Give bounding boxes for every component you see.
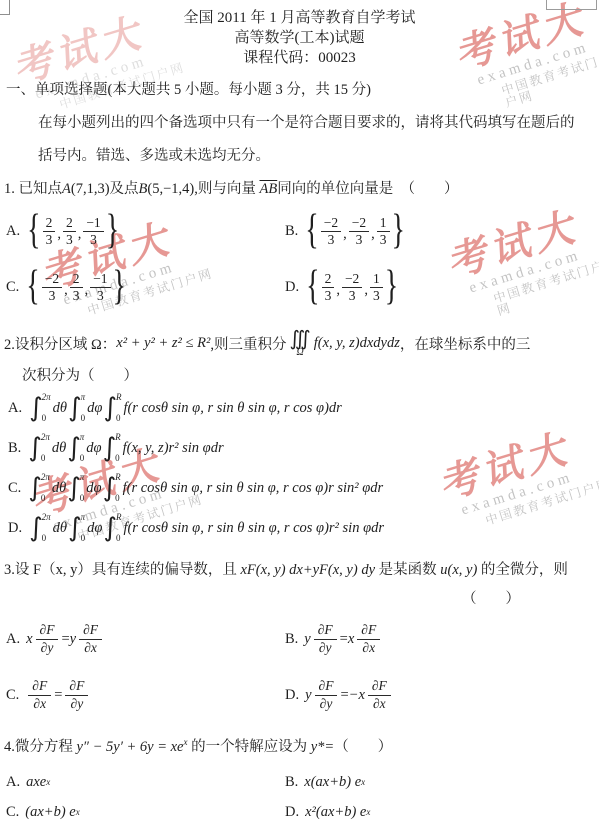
q2-option-a: A. ∫2π0 dθ ∫π0 dφ ∫R0 f(r cosθ sin φ, r …: [8, 392, 599, 424]
right-brace: }: [112, 263, 127, 311]
integral-symbol: ∫R0: [103, 473, 122, 503]
q3-option-d: D. y ∂F∂y = −x ∂F∂x: [285, 678, 599, 711]
option-label: C.: [6, 279, 19, 296]
q4-differential-equation: y″ − 5y′ + 6y = xe: [77, 739, 184, 755]
q3-text: 是某函数: [375, 562, 440, 578]
q3-options-row2: C. ∂F∂x = ∂F∂y D. y ∂F∂y = −x ∂F∂x: [6, 673, 599, 717]
integral-symbol: ∫π0: [67, 473, 85, 503]
left-brace: {: [304, 207, 319, 255]
exam-title-line2: 高等数学(工本)试题: [0, 28, 599, 48]
q1-answer-blank: （ ）: [408, 181, 459, 197]
q1-option-c-value: { −23 , 23 , −13 }: [25, 271, 127, 303]
q3-text: 3.设 F（x, y）具有连续的偏导数，且: [4, 562, 240, 578]
q1-option-d-value: { 23 , −23 , 13 }: [305, 271, 399, 303]
option-label: D.: [285, 804, 299, 821]
q4-text: 4.微分方程: [4, 739, 77, 755]
q4-option-d: D. x²(ax+b) ex: [285, 804, 599, 821]
option-label: B.: [8, 440, 21, 457]
q1-point-b-coords: (5,−1,4),: [147, 181, 197, 197]
q3-text: 的全微分，则: [477, 562, 568, 578]
option-label: B.: [285, 631, 298, 648]
q3-options-row1: A. x ∂F∂y = y ∂F∂x B. y ∂F∂y = x ∂F∂x: [6, 617, 599, 661]
q4-option-a: A. axex: [6, 774, 285, 791]
left-brace: {: [305, 263, 320, 311]
left-brace: {: [26, 207, 41, 255]
q2-option-b-integrand: f(x, y, z)r² sin φdr: [123, 440, 224, 457]
right-brace: }: [105, 207, 120, 255]
q2-option-c-integrand: f(r cosθ sin φ, r sin θ sin φ, r cos φ)r…: [123, 480, 384, 497]
section1-heading: 一、单项选择题(本大题共 5 小题。每小题 3 分，共 15 分): [6, 78, 599, 99]
option-label: B.: [285, 774, 298, 791]
q2-integrand: f(x, y, z)dxdydz: [314, 335, 400, 352]
q1-point-a: A: [62, 181, 71, 197]
q1-option-a-value: { 23 , 23 , −13 }: [26, 215, 120, 247]
option-label: A.: [6, 774, 20, 791]
exam-title-line1: 全国 2011 年 1 月高等教育自学考试: [0, 8, 599, 28]
q1-option-c: C. { −23 , 23 , −13 }: [6, 271, 285, 303]
option-label: D.: [285, 279, 299, 296]
triple-integral-symbol: ∫∫∫Ω: [289, 328, 310, 358]
integral-symbol: ∫R0: [103, 433, 122, 463]
q2-option-b: B. ∫2π0 dθ ∫π0 dφ ∫R0 f(x, y, z)r² sin φ…: [8, 432, 599, 464]
left-brace: {: [25, 263, 40, 311]
q2-text: ,则三重积分: [210, 333, 286, 354]
right-brace: }: [384, 263, 399, 311]
q1-text: 及点: [110, 181, 139, 197]
q2-option-c: C. ∫2π0 dθ ∫π0 dφ ∫R0 f(r cosθ sin φ, r …: [8, 472, 599, 504]
question2-stem: 2.设积分区域 Ω：x² + y² + z² ≤ R²,则三重积分 ∫∫∫Ω f…: [4, 326, 599, 360]
q2-stem-line2: 次积分为（ ）: [22, 364, 599, 384]
q2-option-d: D. ∫2π0 dθ ∫π0 dφ ∫R0 f(r cosθ sin φ, r …: [8, 512, 599, 544]
option-label: D.: [285, 687, 299, 704]
exam-header: 全国 2011 年 1 月高等教育自学考试 高等数学(工本)试题 课程代码：00…: [0, 8, 599, 68]
scan-artifact-top-left: [0, 0, 10, 15]
integral-symbol: ∫R0: [103, 393, 122, 423]
q1-options-row1: A. { 23 , 23 , −13 } B. { −23 , −23 , 13…: [6, 208, 599, 254]
option-label: D.: [8, 520, 22, 537]
right-brace: }: [391, 207, 406, 255]
integral-symbol: ∫R0: [103, 513, 122, 543]
q2-text: 2.设积分区域 Ω：: [4, 333, 116, 354]
integral-symbol: ∫2π0: [29, 393, 52, 423]
option-label: C.: [6, 804, 19, 821]
q2-option-a-integrand: f(r cosθ sin φ, r sin θ sin φ, r cos φ)d…: [123, 400, 341, 417]
option-label: A.: [6, 631, 20, 648]
q3-function-u: u(x, y): [440, 562, 477, 578]
scan-artifact-top-right: [546, 0, 597, 10]
q4-option-b: B. x(ax+b) ex: [285, 774, 599, 791]
exam-page: 全国 2011 年 1 月高等教育自学考试 高等数学(工本)试题 课程代码：00…: [0, 0, 599, 822]
q4-text: 的一个特解应设为: [188, 739, 311, 755]
option-label: B.: [285, 223, 298, 240]
q4-options-row1: A. axex B. x(ax+b) ex: [6, 772, 599, 792]
q4-options-row2: C. (ax+b) ex D. x²(ax+b) ex: [6, 802, 599, 822]
q1-vector-ab: AB: [259, 181, 277, 197]
q3-option-b: B. y ∂F∂y = x ∂F∂x: [285, 622, 599, 655]
q2-domain-formula: x² + y² + z² ≤ R²: [116, 335, 210, 352]
integral-symbol: ∫2π0: [29, 513, 52, 543]
q1-point-a-coords: (7,1,3): [71, 181, 110, 197]
q1-options-row2: C. { −23 , 23 , −13 } D. { 23 , −23 , 13…: [6, 264, 599, 310]
option-label: C.: [6, 687, 19, 704]
q1-option-d: D. { 23 , −23 , 13 }: [285, 271, 599, 303]
integral-symbol: ∫2π0: [28, 473, 51, 503]
section1-instruction-line2: 括号内。错选、多选或未选均无分。: [38, 144, 599, 165]
q1-option-a: A. { 23 , 23 , −13 }: [6, 215, 285, 247]
integral-symbol: ∫π0: [68, 513, 86, 543]
section1-instruction-line1: 在每小题列出的四个备选项中只有一个是符合题目要求的，请将其代码填写在题后的: [38, 111, 599, 132]
course-code: 课程代码：00023: [0, 48, 599, 68]
q1-text: 则与向量: [198, 181, 260, 197]
q4-answer-blank: （ ）: [334, 739, 392, 755]
option-label: A.: [6, 223, 20, 240]
q4-particular-solution-symbol: y*=: [311, 739, 334, 755]
q2-text: ，在球坐标系中的三: [400, 333, 531, 354]
question4-stem: 4.微分方程 y″ − 5y′ + 6y = xex 的一个特解应设为 y*=（…: [4, 735, 599, 756]
q1-option-b: B. { −23 , −23 , 13 }: [285, 215, 599, 247]
q4-option-c: C. (ax+b) ex: [6, 804, 285, 821]
q3-option-a: A. x ∂F∂y = y ∂F∂x: [6, 622, 285, 655]
q3-option-c: C. ∂F∂x = ∂F∂y: [6, 678, 285, 711]
question1-stem: 1. 已知点A(7,1,3)及点B(5,−1,4),则与向量 AB同向的单位向量…: [4, 177, 599, 198]
q1-text: 1. 已知点: [4, 181, 62, 197]
q3-answer-blank: （ ）: [462, 587, 599, 607]
option-label: A.: [8, 400, 22, 417]
option-label: C.: [8, 480, 21, 497]
q1-text: 同向的单位向量是: [277, 181, 393, 197]
q1-option-b-value: { −23 , −23 , 13 }: [304, 215, 406, 247]
integral-symbol: ∫π0: [68, 393, 86, 423]
integral-symbol: ∫π0: [67, 433, 85, 463]
q3-differential-expression: xF(x, y) dx+yF(x, y) dy: [240, 562, 375, 578]
integral-symbol: ∫2π0: [28, 433, 51, 463]
question3-stem: 3.设 F（x, y）具有连续的偏导数，且 xF(x, y) dx+yF(x, …: [4, 558, 599, 579]
q2-option-d-integrand: f(r cosθ sin φ, r sin θ sin φ, r cos φ)r…: [123, 520, 384, 537]
